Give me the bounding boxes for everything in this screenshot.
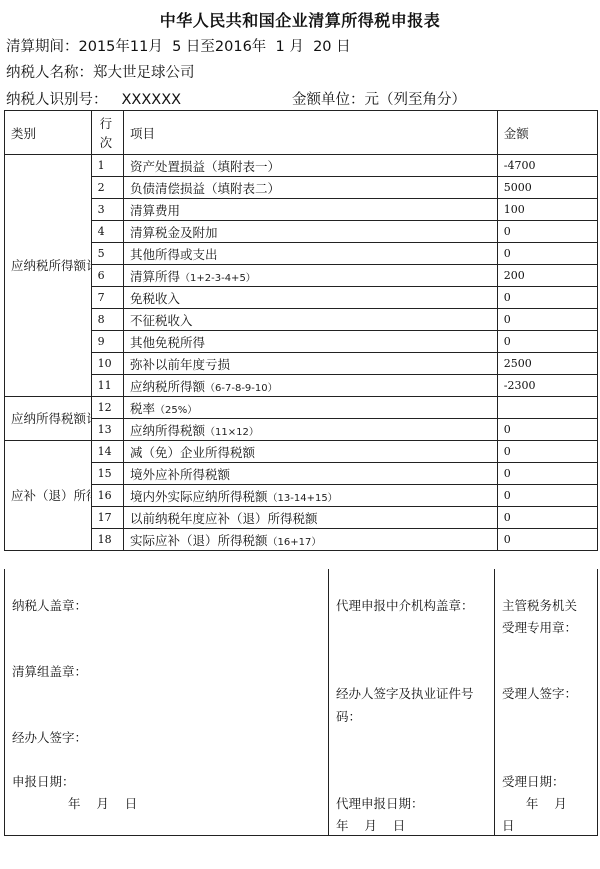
row-item: 弥补以前年度亏损: [124, 353, 498, 375]
row-item: 其他所得或支出: [124, 243, 498, 265]
header-category: 类别: [5, 111, 92, 155]
row-amount[interactable]: 5000: [497, 177, 597, 199]
table-row: 应纳税所得额计算 1 资产处置损益（填附表一） -4700: [5, 155, 598, 177]
receive-date-fields-line1[interactable]: 年 月: [502, 792, 567, 815]
row-item: 应纳所得税额（11×12）: [124, 419, 498, 441]
row-amount[interactable]: -2300: [497, 375, 597, 397]
table-row: 4 清算税金及附加 0: [5, 221, 598, 243]
report-date-label: 申报日期：: [12, 770, 75, 793]
table-row: 8 不征税收入 0: [5, 309, 598, 331]
table-row: 应补（退）所得税额计算 14 减（免）企业所得税额 0: [5, 441, 598, 463]
row-amount[interactable]: 0: [497, 419, 597, 441]
receive-date-fields-line2[interactable]: 日: [502, 814, 515, 837]
receive-date-label: 受理日期：: [502, 770, 565, 793]
table-row: 11 应纳税所得额（6-7-8-9-10） -2300: [5, 375, 598, 397]
row-no: 2: [91, 177, 123, 199]
row-no: 16: [91, 485, 123, 507]
table-row: 9 其他免税所得 0: [5, 331, 598, 353]
table-row: 6 清算所得（1+2-3-4+5） 200: [5, 265, 598, 287]
row-no: 15: [91, 463, 123, 485]
row-item: 清算费用: [124, 199, 498, 221]
row-item: 清算税金及附加: [124, 221, 498, 243]
divider: [328, 569, 329, 835]
row-amount[interactable]: 0: [497, 507, 597, 529]
form-title: 中华人民共和国企业清算所得税申报表: [0, 8, 600, 31]
table-row: 应纳所得税额计算 12 税率（25%）: [5, 397, 598, 419]
table-row: 3 清算费用 100: [5, 199, 598, 221]
table-row: 10 弥补以前年度亏损 2500: [5, 353, 598, 375]
handler-signature-label: 经办人签字：: [12, 726, 87, 749]
row-amount[interactable]: 0: [497, 485, 597, 507]
row-no: 1: [91, 155, 123, 177]
row-amount[interactable]: 200: [497, 265, 597, 287]
taxpayer-id: 纳税人识别号：XXXXXX: [6, 88, 181, 109]
row-item: 应纳税所得额（6-7-8-9-10）: [124, 375, 498, 397]
taxpayer-name: 纳税人名称：郑大世足球公司: [6, 61, 195, 82]
header-row-no: 行次: [91, 111, 123, 155]
row-no: 6: [91, 265, 123, 287]
table-row: 7 免税收入 0: [5, 287, 598, 309]
amount-unit: 金额单位：元（列至角分）: [292, 88, 466, 109]
liquidation-group-seal-label: 清算组盖章：: [12, 660, 87, 683]
row-item: 不征税收入: [124, 309, 498, 331]
row-amount[interactable]: 0: [497, 529, 597, 551]
table-row: 15 境外应补所得税额 0: [5, 463, 598, 485]
table-row: 17 以前纳税年度应补（退）所得税额 0: [5, 507, 598, 529]
row-amount[interactable]: [497, 397, 597, 419]
taxpayer-id-value: XXXXXX: [122, 92, 182, 108]
taxpayer-seal-label: 纳税人盖章：: [12, 594, 87, 617]
table-row: 18 实际应补（退）所得税额（16+17） 0: [5, 529, 598, 551]
category-tax-payable: 应纳所得税额计算: [5, 397, 92, 441]
agent-date-fields[interactable]: 年 月 日: [336, 814, 405, 837]
period-label: 清算期间：: [6, 39, 79, 55]
agent-date-label: 代理申报日期：: [336, 792, 424, 815]
row-no: 5: [91, 243, 123, 265]
row-item: 清算所得（1+2-3-4+5）: [124, 265, 498, 287]
row-amount[interactable]: -4700: [497, 155, 597, 177]
agent-signature-label-line1: 经办人签字及执业证件号: [336, 682, 474, 705]
row-amount[interactable]: 0: [497, 287, 597, 309]
period-value: 2015年11月 5 日至2016年 1 月 20 日: [79, 39, 351, 55]
row-no: 4: [91, 221, 123, 243]
table-row: 16 境内外实际应纳所得税额（13-14+15） 0: [5, 485, 598, 507]
signature-section: 纳税人盖章： 清算组盖章： 经办人签字： 申报日期： 年 月 日 代理申报中介机…: [4, 569, 598, 836]
row-item: 免税收入: [124, 287, 498, 309]
category-taxable-income: 应纳税所得额计算: [5, 155, 92, 397]
row-amount[interactable]: 0: [497, 441, 597, 463]
row-amount[interactable]: 0: [497, 309, 597, 331]
agent-signature-label-line2: 码：: [336, 705, 361, 728]
taxpayer-id-label: 纳税人识别号：: [6, 92, 108, 108]
row-no: 12: [91, 397, 123, 419]
category-tax-refund: 应补（退）所得税额计算: [5, 441, 92, 551]
row-amount[interactable]: 0: [497, 331, 597, 353]
row-no: 8: [91, 309, 123, 331]
report-date-fields[interactable]: 年 月 日: [68, 792, 137, 815]
divider: [494, 569, 495, 835]
header-item: 项目: [124, 111, 498, 155]
receiver-signature-label: 受理人签字：: [502, 682, 577, 705]
tax-authority-seal-line2: 受理专用章：: [502, 616, 577, 639]
tax-return-table: 类别 行次 项目 金额 应纳税所得额计算 1 资产处置损益（填附表一） -470…: [4, 110, 598, 551]
row-amount[interactable]: 0: [497, 243, 597, 265]
liquidation-period: 清算期间：2015年11月 5 日至2016年 1 月 20 日: [6, 35, 351, 56]
row-no: 11: [91, 375, 123, 397]
table-header-row: 类别 行次 项目 金额: [5, 111, 598, 155]
row-no: 7: [91, 287, 123, 309]
row-amount[interactable]: 0: [497, 463, 597, 485]
agency-seal-label: 代理申报中介机构盖章：: [336, 594, 474, 617]
taxpayer-name-value: 郑大世足球公司: [93, 65, 195, 81]
row-no: 14: [91, 441, 123, 463]
row-no: 3: [91, 199, 123, 221]
row-item: 境外应补所得税额: [124, 463, 498, 485]
table-row: 13 应纳所得税额（11×12） 0: [5, 419, 598, 441]
row-amount[interactable]: 100: [497, 199, 597, 221]
row-amount[interactable]: 2500: [497, 353, 597, 375]
row-item: 实际应补（退）所得税额（16+17）: [124, 529, 498, 551]
row-item: 资产处置损益（填附表一）: [124, 155, 498, 177]
row-item: 其他免税所得: [124, 331, 498, 353]
row-no: 18: [91, 529, 123, 551]
row-no: 9: [91, 331, 123, 353]
row-item: 境内外实际应纳所得税额（13-14+15）: [124, 485, 498, 507]
table-row: 5 其他所得或支出 0: [5, 243, 598, 265]
row-item: 以前纳税年度应补（退）所得税额: [124, 507, 498, 529]
row-item: 减（免）企业所得税额: [124, 441, 498, 463]
table-row: 2 负债清偿损益（填附表二） 5000: [5, 177, 598, 199]
row-amount[interactable]: 0: [497, 221, 597, 243]
row-no: 13: [91, 419, 123, 441]
row-item: 税率（25%）: [124, 397, 498, 419]
taxpayer-name-label: 纳税人名称：: [6, 65, 93, 81]
row-no: 10: [91, 353, 123, 375]
header-amount: 金额: [497, 111, 597, 155]
row-no: 17: [91, 507, 123, 529]
row-item: 负债清偿损益（填附表二）: [124, 177, 498, 199]
tax-authority-seal-line1: 主管税务机关: [502, 594, 577, 617]
